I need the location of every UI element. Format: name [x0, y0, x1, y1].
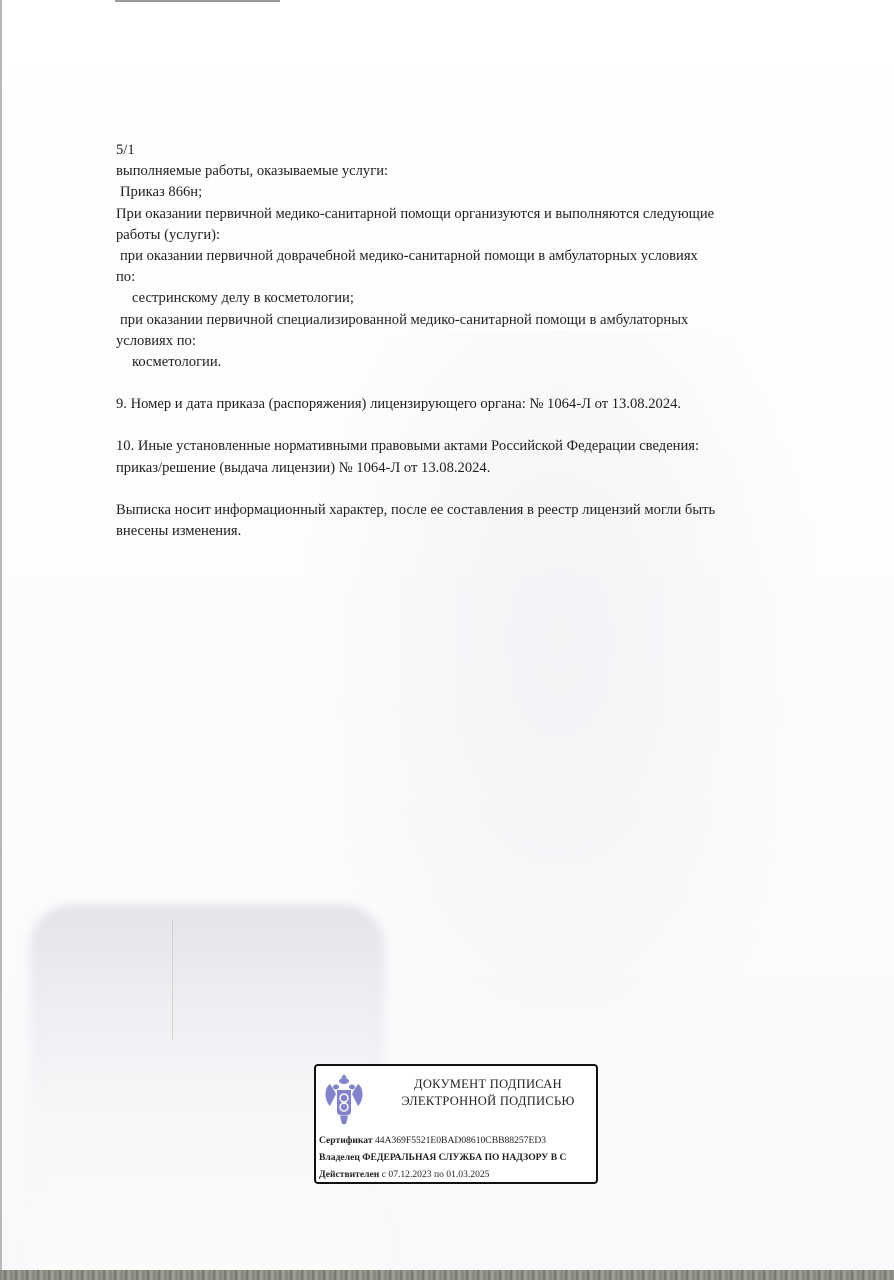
- paper-crease: [172, 920, 173, 1040]
- document-page: 5/1 выполняемые работы, оказываемые услу…: [0, 0, 894, 1270]
- surface-below-page: [0, 1270, 894, 1280]
- page-top-mark: [115, 0, 280, 2]
- owner-row: Владелец ФЕДЕРАЛЬНАЯ СЛУЖБА ПО НАДЗОРУ В…: [319, 1149, 595, 1166]
- cosmetology-item: косметологии.: [116, 352, 816, 373]
- double-headed-eagle-icon: [322, 1072, 366, 1128]
- item-10-other-info: 10. Иные установленные нормативными прав…: [116, 436, 816, 457]
- specialized-care-line: при оказании первичной специализированно…: [116, 310, 816, 331]
- order-reference: Приказ 866н;: [116, 182, 816, 203]
- page-edge: [0, 0, 2, 1270]
- nursing-cosmetology-item: сестринскому делу в косметологии;: [116, 288, 816, 309]
- specialized-care-cont: условиях по:: [116, 331, 816, 352]
- services-intro-cont: работы (услуги):: [116, 225, 816, 246]
- document-body: 5/1 выполняемые работы, оказываемые услу…: [116, 140, 816, 542]
- services-intro: При оказании первичной медико-санитарной…: [116, 204, 816, 225]
- stamp-title: ДОКУМЕНТ ПОДПИСАН ЭЛЕКТРОННОЙ ПОДПИСЬЮ: [378, 1076, 598, 1110]
- disclaimer: Выписка носит информационный характер, п…: [116, 500, 816, 521]
- stamp-details: Сертификат 44A369F5521E0BAD08610CBB88257…: [319, 1132, 595, 1183]
- certificate-row: Сертификат 44A369F5521E0BAD08610CBB88257…: [319, 1132, 595, 1149]
- services-heading: выполняемые работы, оказываемые услуги:: [116, 161, 816, 182]
- prehospital-care-line: при оказании первичной доврачебной медик…: [116, 246, 816, 267]
- disclaimer-cont: внесены изменения.: [116, 521, 816, 542]
- item-10-other-info-cont: приказ/решение (выдача лицензии) № 1064-…: [116, 458, 816, 479]
- page-marker: 5/1: [116, 140, 816, 161]
- prehospital-care-cont: по:: [116, 267, 816, 288]
- validity-row: Действителен с 07.12.2023 по 01.03.2025: [319, 1166, 595, 1183]
- item-9-order-number: 9. Номер и дата приказа (распоряжения) л…: [116, 394, 816, 415]
- electronic-signature-stamp: ДОКУМЕНТ ПОДПИСАН ЭЛЕКТРОННОЙ ПОДПИСЬЮ С…: [314, 1064, 598, 1184]
